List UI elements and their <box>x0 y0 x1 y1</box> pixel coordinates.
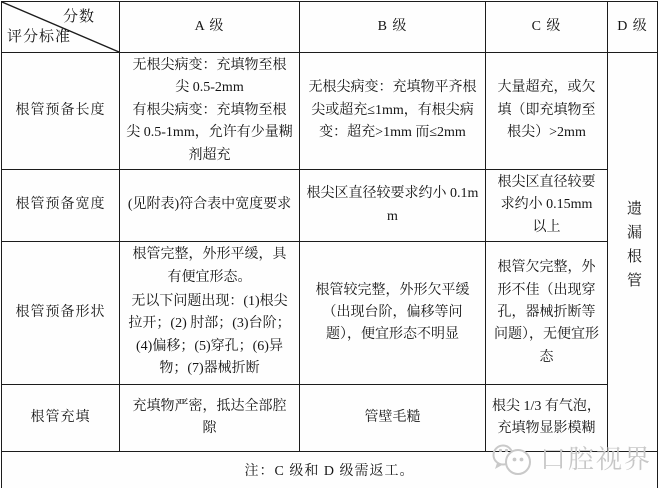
cell-prep-shape-grade-c: 根管欠完整，外形不佳（出现穿孔，器械折断等问题），无便宜形态 <box>486 242 608 385</box>
cell-prep-length-grade-a: 无根尖病变：充填物至根尖 0.5-2mm 有根尖病变：充填物至根尖 0.5-1m… <box>120 53 300 170</box>
grading-table-page: 分数 评分标准 A 级 B 级 C 级 D 级 根管预备长度 无根尖病变：充填物… <box>0 0 658 488</box>
grade-d-vertical-text: 遗漏根管 <box>625 200 640 296</box>
cell-prep-width-grade-a: (见附表)符合表中宽度要求 <box>120 169 300 241</box>
corner-criteria-label: 评分标准 <box>7 25 71 49</box>
cell-prep-length-grade-b: 无根尖病变：充填物平齐根尖或超充≤1mm，有根尖病变：超充>1mm 而≤2mm <box>300 53 486 170</box>
note-row: 注：C 级和 D 级需返工。 <box>2 452 658 488</box>
column-header-grade-a: A 级 <box>120 2 300 53</box>
corner-cell: 分数 评分标准 <box>2 2 120 53</box>
cell-paragraph: 无根尖病变：充填物至根尖 0.5-2mm <box>126 55 293 100</box>
cell-paragraph: 无以下问题出现：(1)根尖拉开；(2) 肘部；(3)台阶；(4)偏移；(5)穿孔… <box>126 291 293 381</box>
row-prep-shape: 根管预备形状 根管完整，外形平缓，具有便宜形态。 无以下问题出现：(1)根尖拉开… <box>2 242 658 385</box>
cell-prep-width-grade-b: 根尖区直径较要求约小 0.1mm <box>300 169 486 241</box>
cell-prep-width-grade-c: 根尖区直径较要求约小 0.15mm 以上 <box>486 169 608 241</box>
column-header-grade-c: C 级 <box>486 2 608 53</box>
cell-prep-shape-grade-a: 根管完整，外形平缓，具有便宜形态。 无以下问题出现：(1)根尖拉开；(2) 肘部… <box>120 242 300 385</box>
row-label-canal-filling: 根管充填 <box>2 385 120 452</box>
row-prep-length: 根管预备长度 无根尖病变：充填物至根尖 0.5-2mm 有根尖病变：充填物至根尖… <box>2 53 658 170</box>
cell-paragraph: 根管完整，外形平缓，具有便宜形态。 <box>126 244 293 289</box>
cell-prep-shape-grade-b: 根管较完整，外形欠平缓（出现台阶，偏移等问题），便宜形态不明显 <box>300 242 486 385</box>
cell-paragraph: 有根尖病变：充填物至根尖 0.5-1mm，允许有少量糊剂超充 <box>126 100 293 167</box>
column-header-grade-b: B 级 <box>300 2 486 53</box>
root-canal-grading-table: 分数 评分标准 A 级 B 级 C 级 D 级 根管预备长度 无根尖病变：充填物… <box>1 1 658 488</box>
header-row: 分数 评分标准 A 级 B 级 C 级 D 级 <box>2 2 658 53</box>
cell-canal-filling-grade-b: 管壁毛糙 <box>300 385 486 452</box>
cell-prep-length-grade-c: 大量超充，或欠填（即充填物至根尖）>2mm <box>486 53 608 170</box>
cell-canal-filling-grade-c: 根尖 1/3 有气泡，充填物显影模糊 <box>486 385 608 452</box>
rework-note: 注：C 级和 D 级需返工。 <box>2 452 658 488</box>
cell-canal-filling-grade-a: 充填物严密，抵达全部腔隙 <box>120 385 300 452</box>
column-header-grade-d: D 级 <box>608 2 658 53</box>
row-label-prep-shape: 根管预备形状 <box>2 242 120 385</box>
cell-grade-d-merged: 遗漏根管 <box>608 53 658 452</box>
row-prep-width: 根管预备宽度 (见附表)符合表中宽度要求 根尖区直径较要求约小 0.1mm 根尖… <box>2 169 658 241</box>
row-label-prep-length: 根管预备长度 <box>2 53 120 170</box>
row-canal-filling: 根管充填 充填物严密，抵达全部腔隙 管壁毛糙 根尖 1/3 有气泡，充填物显影模… <box>2 385 658 452</box>
row-label-prep-width: 根管预备宽度 <box>2 169 120 241</box>
